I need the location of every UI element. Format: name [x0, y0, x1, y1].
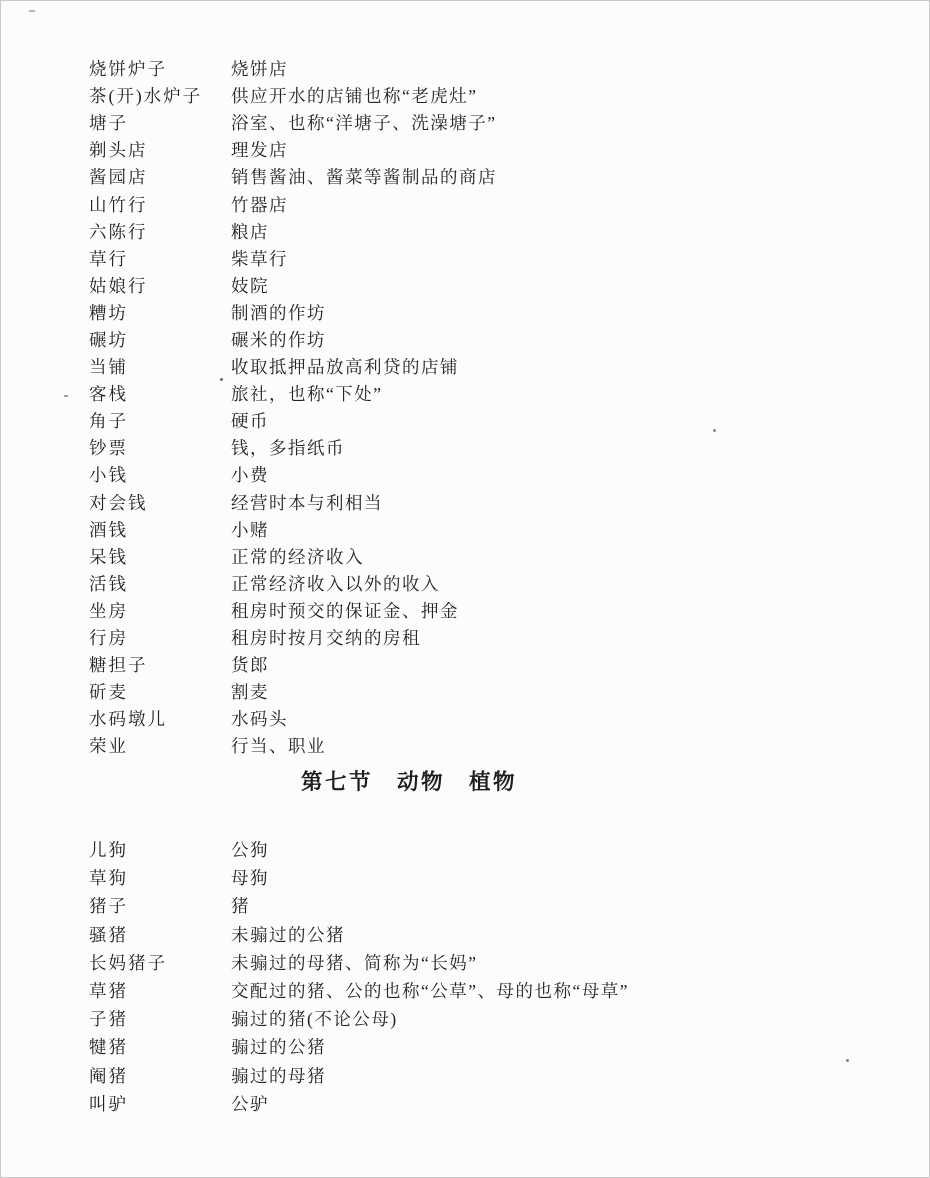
term-cell: 荣业 — [89, 733, 231, 758]
definition-cell: 交配过的猪、公的也称“公草”、母的也称“母草” — [231, 978, 729, 1003]
definition-cell: 正常的经济收入 — [231, 544, 729, 569]
definition-cell: 租房时按月交纳的房租 — [231, 625, 729, 650]
term-cell: 草猪 — [89, 978, 231, 1003]
definition-cell: 割麦 — [231, 679, 729, 704]
definition-cell: 水码头 — [231, 706, 729, 731]
term-cell: 酱园店 — [89, 164, 231, 189]
glossary-row: 姑娘行妓院 — [89, 272, 729, 299]
glossary-row: 草狗母狗 — [89, 864, 729, 892]
definition-cell: 收取抵押品放高利贷的店铺 — [231, 354, 729, 379]
definition-cell: 碾米的作坊 — [231, 327, 729, 352]
page-content: 烧饼炉子烧饼店茶(开)水炉子供应开水的店铺也称“老虎灶”塘子浴室、也称“洋塘子、… — [89, 55, 729, 1117]
term-cell: 水码墩儿 — [89, 706, 231, 731]
scan-speck — [846, 1059, 849, 1062]
glossary-row: 子猪骟过的猪(不论公母) — [89, 1005, 729, 1033]
definition-cell: 未骟过的公猪 — [231, 922, 729, 947]
glossary-row: 草猪交配过的猪、公的也称“公草”、母的也称“母草” — [89, 976, 729, 1004]
definition-cell: 未骟过的母猪、简称为“长妈” — [231, 950, 729, 975]
definition-cell: 经营时本与利相当 — [231, 490, 729, 515]
glossary-row: 水码墩儿水码头 — [89, 705, 729, 732]
term-cell: 活钱 — [89, 571, 231, 596]
term-cell: 客栈 — [89, 381, 231, 406]
definition-cell: 制酒的作坊 — [231, 300, 729, 325]
glossary-row: 糟坊制酒的作坊 — [89, 299, 729, 326]
definition-cell: 硬币 — [231, 408, 729, 433]
glossary-row: 六陈行粮店 — [89, 218, 729, 245]
glossary-row: 阉猪骟过的母猪 — [89, 1061, 729, 1089]
definition-cell: 理发店 — [231, 137, 729, 162]
glossary-row: 塘子浴室、也称“洋塘子、洗澡塘子” — [89, 109, 729, 136]
definition-cell: 烧饼店 — [231, 56, 729, 81]
definition-cell: 妓院 — [231, 273, 729, 298]
term-cell: 山竹行 — [89, 192, 231, 217]
term-cell: 钞票 — [89, 435, 231, 460]
definition-cell: 供应开水的店铺也称“老虎灶” — [231, 83, 729, 108]
definition-cell: 小赌 — [231, 517, 729, 542]
term-cell: 糖担子 — [89, 652, 231, 677]
term-cell: 犍猪 — [89, 1034, 231, 1059]
definition-cell: 销售酱油、酱菜等酱制品的商店 — [231, 164, 729, 189]
term-cell: 儿狗 — [89, 837, 231, 862]
glossary-row: 酱园店销售酱油、酱菜等酱制品的商店 — [89, 163, 729, 190]
term-cell: 骚猪 — [89, 922, 231, 947]
document-page: 烧饼炉子烧饼店茶(开)水炉子供应开水的店铺也称“老虎灶”塘子浴室、也称“洋塘子、… — [0, 0, 930, 1178]
term-cell: 当铺 — [89, 354, 231, 379]
term-cell: 叫驴 — [89, 1091, 231, 1116]
glossary-row: 活钱正常经济收入以外的收入 — [89, 570, 729, 597]
glossary-row: 碾坊碾米的作坊 — [89, 326, 729, 353]
glossary-row: 骚猪未骟过的公猪 — [89, 920, 729, 948]
definition-cell: 公狗 — [231, 837, 729, 862]
definition-cell: 行当、职业 — [231, 733, 729, 758]
term-cell: 六陈行 — [89, 219, 231, 244]
definition-cell: 租房时预交的保证金、押金 — [231, 598, 729, 623]
term-cell: 塘子 — [89, 110, 231, 135]
glossary-row: 坐房租房时预交的保证金、押金 — [89, 597, 729, 624]
term-cell: 阉猪 — [89, 1063, 231, 1088]
glossary-row: 角子硬币 — [89, 407, 729, 434]
glossary-row: 当铺收取抵押品放高利贷的店铺 — [89, 353, 729, 380]
glossary-row: 山竹行竹器店 — [89, 190, 729, 217]
definition-cell: 钱，多指纸币 — [231, 435, 729, 460]
scan-speck — [434, 589, 437, 591]
term-cell: 茶(开)水炉子 — [89, 83, 231, 108]
glossary-row: 呆钱正常的经济收入 — [89, 543, 729, 570]
term-cell: 坐房 — [89, 598, 231, 623]
glossary-row: 剃头店理发店 — [89, 136, 729, 163]
term-cell: 剃头店 — [89, 137, 231, 162]
term-cell: 角子 — [89, 408, 231, 433]
definition-cell: 小费 — [231, 462, 729, 487]
term-cell: 对会钱 — [89, 490, 231, 515]
scan-speck — [29, 10, 35, 12]
definition-cell: 公驴 — [231, 1091, 729, 1116]
glossary-row: 猪子猪 — [89, 892, 729, 920]
term-cell: 长妈猪子 — [89, 950, 231, 975]
definition-cell: 货郎 — [231, 652, 729, 677]
glossary-row: 儿狗公狗 — [89, 835, 729, 863]
definition-cell: 旅社，也称“下处” — [231, 381, 729, 406]
glossary-row: 荣业行当、职业 — [89, 732, 729, 759]
term-cell: 行房 — [89, 625, 231, 650]
glossary-row: 茶(开)水炉子供应开水的店铺也称“老虎灶” — [89, 82, 729, 109]
definition-cell: 骟过的公猪 — [231, 1034, 729, 1059]
term-cell: 斫麦 — [89, 679, 231, 704]
glossary-row: 长妈猪子未骟过的母猪、简称为“长妈” — [89, 948, 729, 976]
scan-speck — [220, 378, 223, 381]
term-cell: 草狗 — [89, 865, 231, 890]
glossary-row: 客栈旅社，也称“下处” — [89, 380, 729, 407]
glossary-row: 糖担子货郎 — [89, 651, 729, 678]
definition-cell: 浴室、也称“洋塘子、洗澡塘子” — [231, 110, 729, 135]
definition-cell: 粮店 — [231, 219, 729, 244]
definition-cell: 骟过的母猪 — [231, 1063, 729, 1088]
definition-cell: 母狗 — [231, 865, 729, 890]
term-cell: 烧饼炉子 — [89, 56, 231, 81]
term-cell: 呆钱 — [89, 544, 231, 569]
term-cell: 碾坊 — [89, 327, 231, 352]
glossary-row: 行房租房时按月交纳的房租 — [89, 624, 729, 651]
glossary-row: 犍猪骟过的公猪 — [89, 1033, 729, 1061]
term-cell: 猪子 — [89, 893, 231, 918]
term-cell: 子猪 — [89, 1006, 231, 1031]
glossary-row: 草行柴草行 — [89, 245, 729, 272]
glossary-row: 对会钱经营时本与利相当 — [89, 489, 729, 516]
definition-cell: 骟过的猪(不论公母) — [231, 1006, 729, 1031]
term-cell: 姑娘行 — [89, 273, 231, 298]
glossary-row: 烧饼炉子烧饼店 — [89, 55, 729, 82]
term-cell: 糟坊 — [89, 300, 231, 325]
definition-cell: 柴草行 — [231, 246, 729, 271]
section-heading: 第七节 动物 植物 — [89, 765, 729, 799]
definition-cell: 猪 — [231, 893, 729, 918]
term-cell: 草行 — [89, 246, 231, 271]
glossary-row: 叫驴公驴 — [89, 1089, 729, 1117]
definition-cell: 竹器店 — [231, 192, 729, 217]
glossary-row: 钞票钱，多指纸币 — [89, 434, 729, 461]
scan-speck — [64, 395, 68, 397]
term-cell: 小钱 — [89, 462, 231, 487]
glossary-section-trades: 烧饼炉子烧饼店茶(开)水炉子供应开水的店铺也称“老虎灶”塘子浴室、也称“洋塘子、… — [89, 55, 729, 759]
glossary-row: 斫麦割麦 — [89, 678, 729, 705]
glossary-row: 小钱小费 — [89, 461, 729, 488]
glossary-section-animals: 儿狗公狗草狗母狗猪子猪骚猪未骟过的公猪长妈猪子未骟过的母猪、简称为“长妈”草猪交… — [89, 835, 729, 1117]
glossary-row: 酒钱小赌 — [89, 516, 729, 543]
term-cell: 酒钱 — [89, 517, 231, 542]
scan-speck — [713, 429, 716, 432]
definition-cell: 正常经济收入以外的收入 — [231, 571, 729, 596]
